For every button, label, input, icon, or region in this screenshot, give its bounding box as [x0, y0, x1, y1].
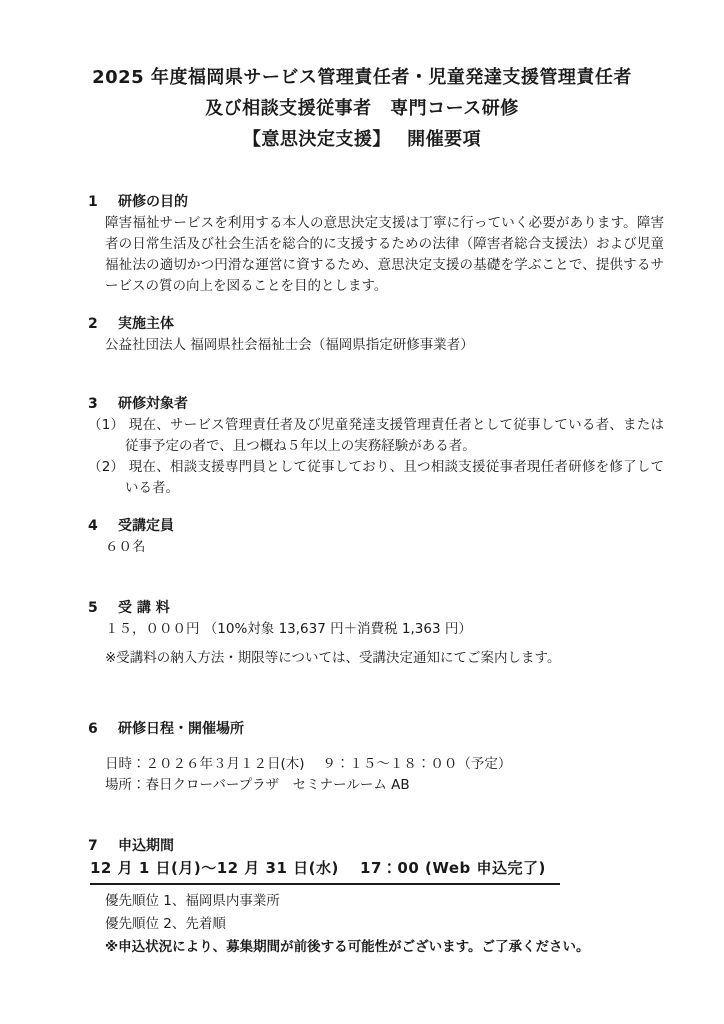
application-period-line: 12 月 1 日(月)～12 月 31 日(水) 17：00 (Web 申込完了…	[90, 857, 560, 885]
section-title: 研修対象者	[118, 393, 188, 415]
section-number: 6	[88, 718, 118, 740]
section-6-body: 日時：２０２６年３月１２日(木) ９：１５～１８：００（予定）場所：春日クローバ…	[105, 754, 664, 796]
section-1: 1研修の目的障害福祉サービスを利用する本人の意思決定支援は丁寧に行っていく必要が…	[88, 191, 664, 297]
section-4-body: ６０名	[105, 537, 664, 558]
section-6: 6研修日程・開催場所日時：２０２６年３月１２日(木) ９：１５～１８：００（予定…	[88, 718, 664, 796]
venue-line: 場所：春日クローバープラザ セミナールーム AB	[105, 775, 664, 796]
section-number: 4	[88, 515, 118, 537]
section-3-heading: 3研修対象者	[88, 393, 664, 415]
section-title: 受講定員	[118, 515, 174, 537]
section-1-body: 障害福祉サービスを利用する本人の意思決定支援は丁寧に行っていく必要があります。障…	[105, 213, 664, 297]
datetime-line: 日時：２０２６年３月１２日(木) ９：１５～１８：００（予定）	[105, 754, 664, 775]
section-2: 2実施主体公益社団法人 福岡県社会福祉士会（福岡県指定研修事業者）	[88, 313, 664, 356]
priority-2-line: 優先順位 2、先着順	[105, 913, 664, 936]
fee-line: １５，０００円 （10%対象 13,637 円＋消費税 1,363 円）	[105, 619, 664, 640]
capacity-line: ６０名	[105, 537, 664, 558]
section-7: 7申込期間12 月 1 日(月)～12 月 31 日(水) 17：00 (Web…	[88, 835, 664, 959]
title-line-3: 【意思決定支援】 開催要項	[0, 124, 724, 155]
section-title: 実施主体	[118, 313, 174, 335]
section-number: 5	[88, 597, 118, 619]
section-2-body: 公益社団法人 福岡県社会福祉士会（福岡県指定研修事業者）	[105, 335, 664, 356]
section-6-heading: 6研修日程・開催場所	[88, 718, 664, 740]
sections: 1研修の目的障害福祉サービスを利用する本人の意思決定支援は丁寧に行っていく必要が…	[88, 191, 664, 959]
section-5-heading: 5受 講 料	[88, 597, 664, 619]
section-title: 研修の目的	[118, 191, 188, 213]
section-title: 研修日程・開催場所	[118, 718, 244, 740]
priority-1-line: 優先順位 1、福岡県内事業所	[105, 890, 664, 913]
section-2-heading: 2実施主体	[88, 313, 664, 335]
section-number: 3	[88, 393, 118, 415]
section-title: 受 講 料	[118, 597, 170, 619]
document-page: 2025 年度福岡県サービス管理責任者・児童発達支援管理責任者 及び相談支援従事…	[0, 0, 724, 1024]
purpose-paragraph: 障害福祉サービスを利用する本人の意思決定支援は丁寧に行っていく必要があります。障…	[105, 213, 664, 297]
section-4-heading: 4受講定員	[88, 515, 664, 537]
section-5-body: １５，０００円 （10%対象 13,637 円＋消費税 1,363 円）※受講料…	[105, 619, 664, 669]
section-5: 5受 講 料１５，０００円 （10%対象 13,637 円＋消費税 1,363 …	[88, 597, 664, 669]
section-title: 申込期間	[118, 835, 174, 857]
target-item-2: （2） 現在、相談支援専門員として従事しており、且つ相談支援従事者現任者研修を修…	[88, 457, 664, 499]
section-3-body: （1） 現在、サービス管理責任者及び児童発達支援管理責任者として従事している者、…	[88, 415, 664, 499]
title-line-1: 2025 年度福岡県サービス管理責任者・児童発達支援管理責任者	[0, 62, 724, 93]
section-3: 3研修対象者（1） 現在、サービス管理責任者及び児童発達支援管理責任者として従事…	[88, 393, 664, 499]
section-number: 2	[88, 313, 118, 335]
fee-note: ※受講料の納入方法・期限等については、受講決定通知にてご案内します。	[105, 648, 664, 669]
section-number: 1	[88, 191, 118, 213]
document-title: 2025 年度福岡県サービス管理責任者・児童発達支援管理責任者 及び相談支援従事…	[0, 62, 724, 155]
target-item-1: （1） 現在、サービス管理責任者及び児童発達支援管理責任者として従事している者、…	[88, 415, 664, 457]
application-note: ※申込状況により、募集期間が前後する可能性がございます。ご了承ください。	[105, 936, 664, 959]
organizer-line: 公益社団法人 福岡県社会福祉士会（福岡県指定研修事業者）	[105, 335, 664, 356]
section-7-heading: 7申込期間	[88, 835, 664, 857]
title-line-2: 及び相談支援従事者 専門コース研修	[0, 93, 724, 124]
section-4: 4受講定員６０名	[88, 515, 664, 558]
section-number: 7	[88, 835, 118, 857]
section-7-body: 12 月 1 日(月)～12 月 31 日(水) 17：00 (Web 申込完了…	[105, 857, 664, 959]
section-1-heading: 1研修の目的	[88, 191, 664, 213]
